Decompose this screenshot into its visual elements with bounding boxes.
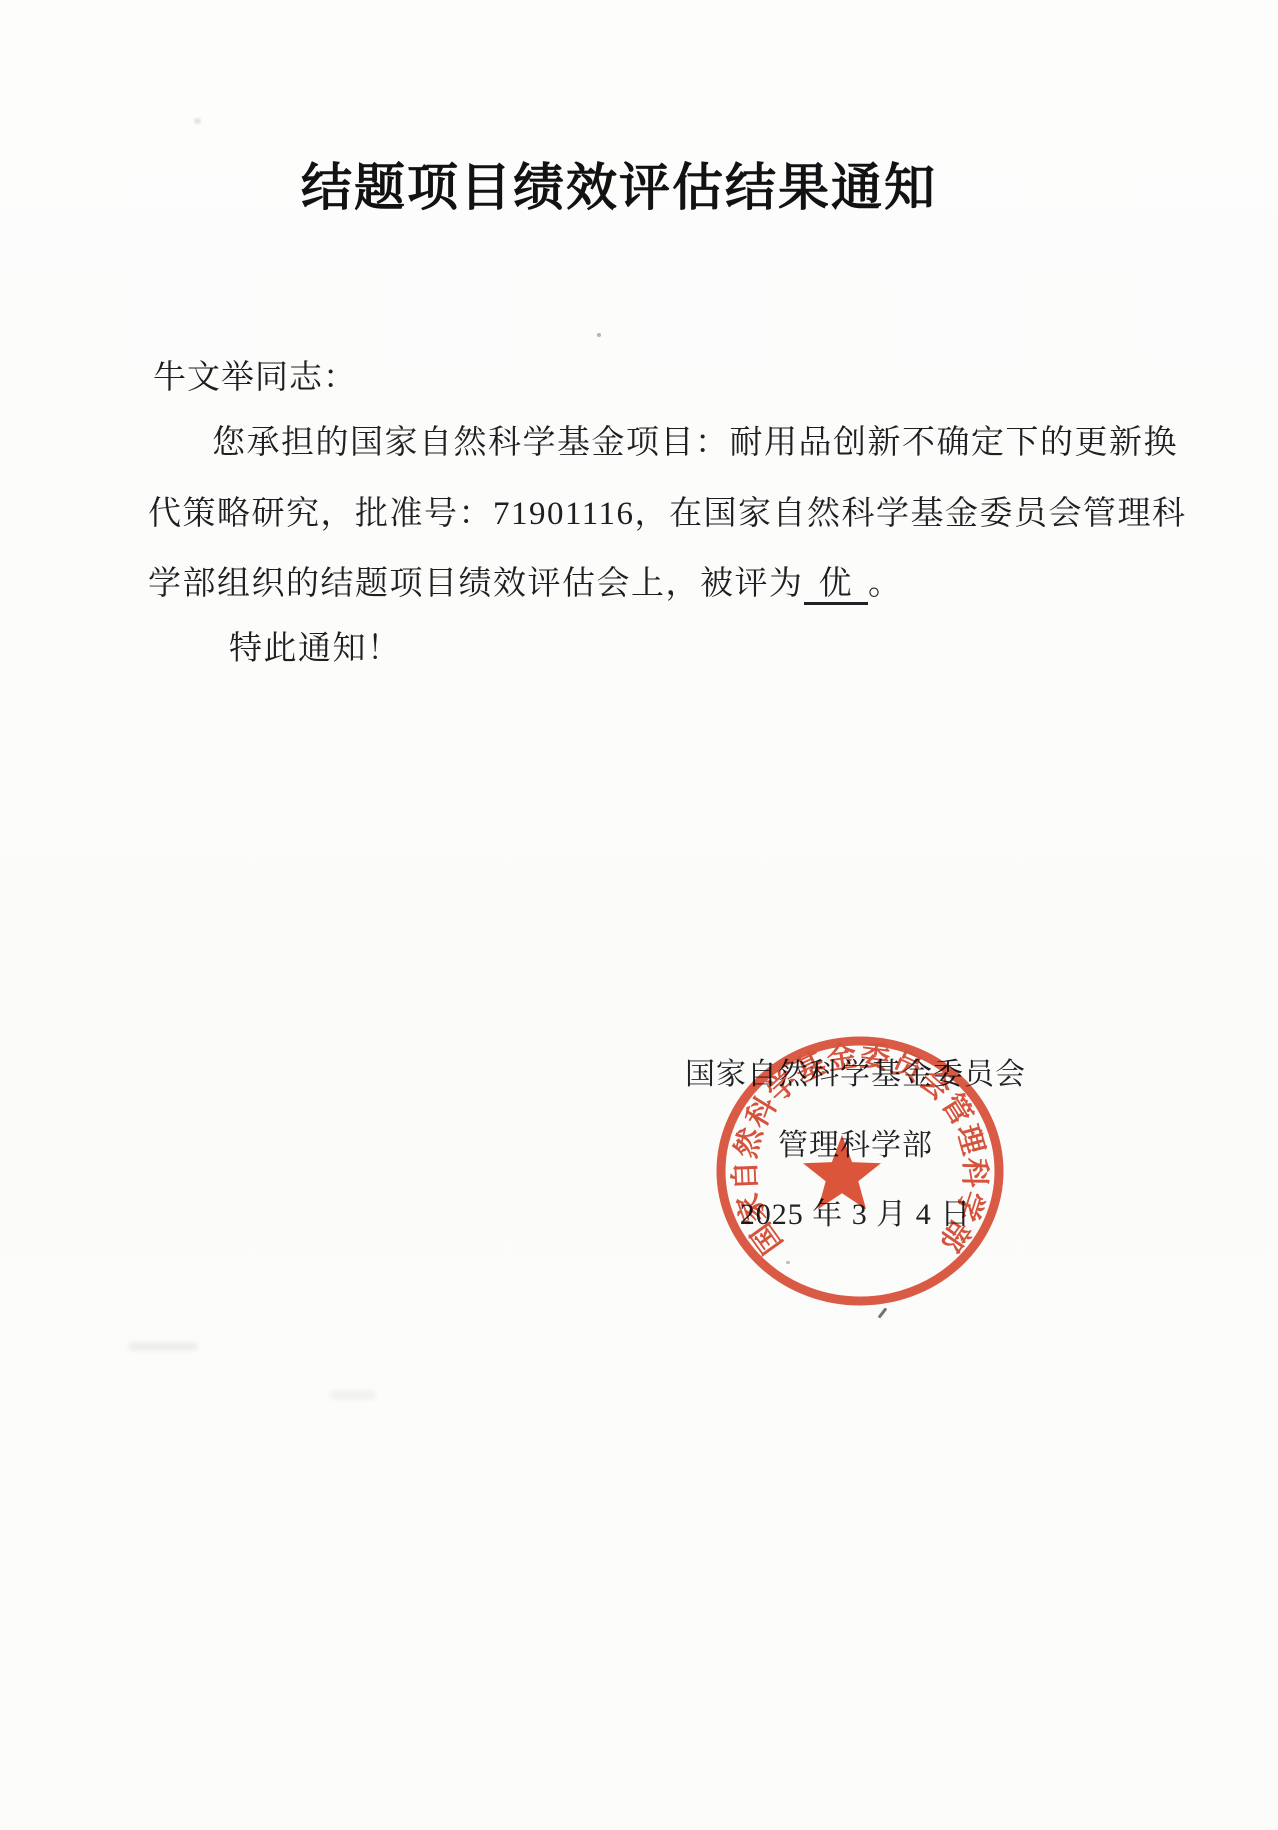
body-line-3-period: 。 bbox=[868, 566, 903, 602]
body-line-1: 您承担的国家自然科学基金项目：耐用品创新不确定下的更新换 bbox=[148, 416, 1132, 463]
body-line-3: 学部组织的结题项目绩效评估会上，被评为优。 bbox=[148, 557, 1132, 605]
scan-speck bbox=[786, 1261, 790, 1264]
seal-graphic: 国家自然科学基金委员会管理科学部 bbox=[694, 1004, 1026, 1338]
scan-speck bbox=[194, 118, 201, 124]
grade-value: 优 bbox=[804, 567, 869, 605]
document-title: 结题项目绩效评估结果通知 bbox=[0, 146, 1258, 220]
closing-phrase: 特此通知！ bbox=[229, 622, 402, 669]
scan-smudge bbox=[128, 1342, 198, 1351]
scanned-letter-page: 结题项目绩效评估结果通知 牛文举同志： 您承担的国家自然科学基金项目：耐用品创新… bbox=[0, 0, 1278, 1830]
official-seal-stamp: 国家自然科学基金委员会管理科学部 bbox=[694, 1004, 1026, 1338]
scan-speck bbox=[597, 333, 601, 337]
scan-smudge bbox=[330, 1390, 376, 1400]
salutation: 牛文举同志： bbox=[153, 351, 357, 398]
star-icon bbox=[803, 1135, 881, 1209]
body-line-2: 代策略研究，批准号：71901116，在国家自然科学基金委员会管理科 bbox=[148, 487, 1132, 534]
body-line-3-text: 学部组织的结题项目绩效评估会上，被评为 bbox=[148, 566, 804, 602]
